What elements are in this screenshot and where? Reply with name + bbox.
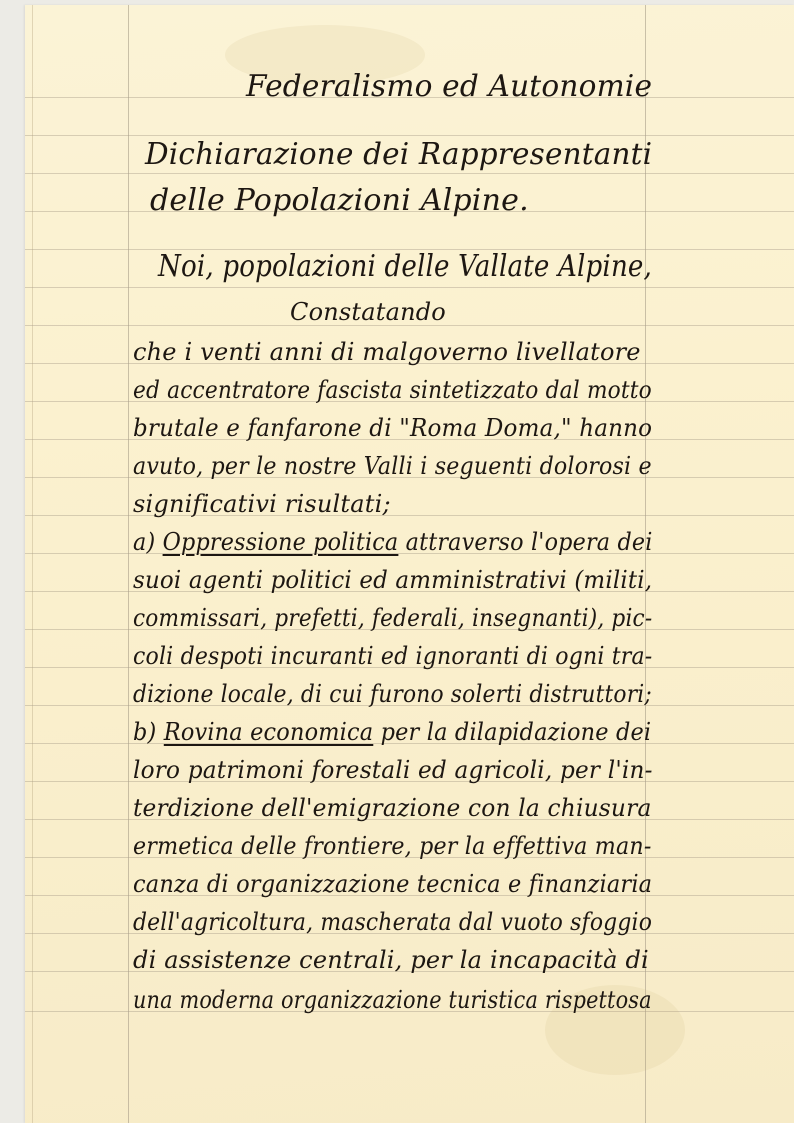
point-b-text: per la dilapidazione dei [381, 718, 652, 746]
body-line: suoi agenti politici ed amministrativi (… [133, 568, 652, 592]
body-line: significativi risultati; [133, 492, 391, 516]
body-line: coli despoti incuranti ed ignoranti di o… [133, 644, 652, 668]
body-line: commissari, prefetti, federali, insegnan… [133, 606, 652, 630]
body-line: loro patrimoni forestali ed agricoli, pe… [133, 758, 653, 782]
body-line: terdizione dell'emigrazione con la chius… [133, 796, 652, 820]
document-title: Federalismo ed Autonomie [246, 72, 652, 102]
intro-line-1: Noi, popolazioni delle Vallate Alpine, [158, 252, 652, 282]
ruled-line [25, 287, 794, 288]
body-line: ed accentratore fascista sintetizzato da… [133, 378, 652, 402]
body-line: ermetica delle frontiere, per la effetti… [133, 834, 652, 858]
body-line: di assistenze centrali, per la incapacit… [133, 948, 649, 972]
body-line: una moderna organizzazione turistica ris… [133, 988, 652, 1012]
body-line: brutale e fanfarone di "Roma Doma," hann… [133, 416, 652, 440]
point-b-heading: Rovina economica [164, 718, 374, 746]
body-line: dizione locale, di cui furono solerti di… [133, 682, 652, 706]
body-line: canza di organizzazione tecnica e finanz… [133, 872, 652, 896]
point-b-line-1: b) Rovina economica per la dilapidazione… [133, 720, 651, 744]
body-line: avuto, per le nostre Valli i seguenti do… [133, 454, 652, 478]
body-line: dell'agricoltura, mascherata dal vuoto s… [133, 910, 652, 934]
point-b-marker: b) [133, 718, 156, 746]
declaration-heading-line-2: delle Popolazioni Alpine. [150, 186, 529, 216]
point-a-text: attraverso l'opera dei [406, 528, 653, 556]
body-line: che i venti anni di malgoverno livellato… [133, 340, 641, 364]
point-a-line-1: a) Oppressione politica attraverso l'ope… [133, 530, 653, 554]
intro-line-2: Constatando [290, 300, 446, 324]
declaration-heading-line-1: Dichiarazione dei Rappresentanti [145, 140, 652, 170]
point-a-marker: a) [133, 528, 155, 556]
point-a-heading: Oppressione politica [163, 528, 399, 556]
ruled-line [25, 173, 794, 174]
ruled-line [25, 135, 794, 136]
